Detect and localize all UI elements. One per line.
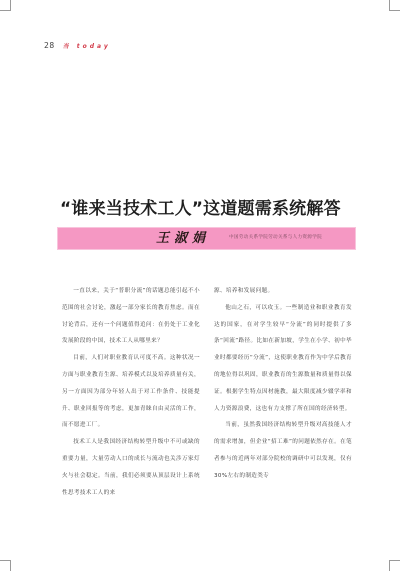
article-body: 一直以来，关于“普职分流”的话题总能引起不小范围的社会讨论，激起一部分家长的教育… — [62, 283, 352, 501]
crop-mark-top-left — [0, 0, 11, 11]
running-head: 28 当 today — [44, 41, 111, 50]
author-signature: 王淑娟 — [156, 230, 210, 247]
crop-mark-bottom-left — [0, 560, 11, 571]
section-tag: 当 today — [63, 41, 111, 50]
paragraph: 一直以来，关于“普职分流”的话题总能引起不小范围的社会讨论，激起一部分家长的教育… — [62, 283, 200, 350]
crop-mark-bottom-right — [389, 560, 400, 571]
page-number: 28 — [44, 41, 55, 50]
body-column-right: 源、培养和发展问题。 他山之石，可以攻玉。一些制造业和职业教育发达的国家，在对学… — [214, 283, 352, 501]
author-affiliation: 中国劳动关系学院劳动关系与人力资源学院 — [229, 234, 322, 242]
body-column-left: 一直以来，关于“普职分流”的话题总能引起不小范围的社会讨论，激起一部分家长的教育… — [62, 283, 200, 501]
byline-bar: 王淑娟 中国劳动关系学院劳动关系与人力资源学院 — [58, 228, 355, 249]
paragraph-continuation: 源、培养和发展问题。 — [214, 283, 352, 300]
crop-mark-top-right — [389, 0, 400, 11]
article-title: “谁来当技术工人”这道题需系统解答 — [60, 194, 360, 219]
paragraph: 目前，人们对职业教育认可度不高。这种状况一方面与职业教育生源、培养模式以及培养质… — [62, 350, 200, 434]
paragraph: 当前，虽然我国经济结构转型升级对高技能人才的需求增加，但企业“招工难”的问题依然… — [214, 417, 352, 484]
paragraph: 他山之石，可以攻玉。一些制造业和职业教育发达的国家，在对学生较早“分流”的同时提… — [214, 300, 352, 418]
paragraph: 技术工人是我国经济结构转型升级中不可或缺的重要力量，大量劳动人口的成长与流动也关… — [62, 434, 200, 501]
